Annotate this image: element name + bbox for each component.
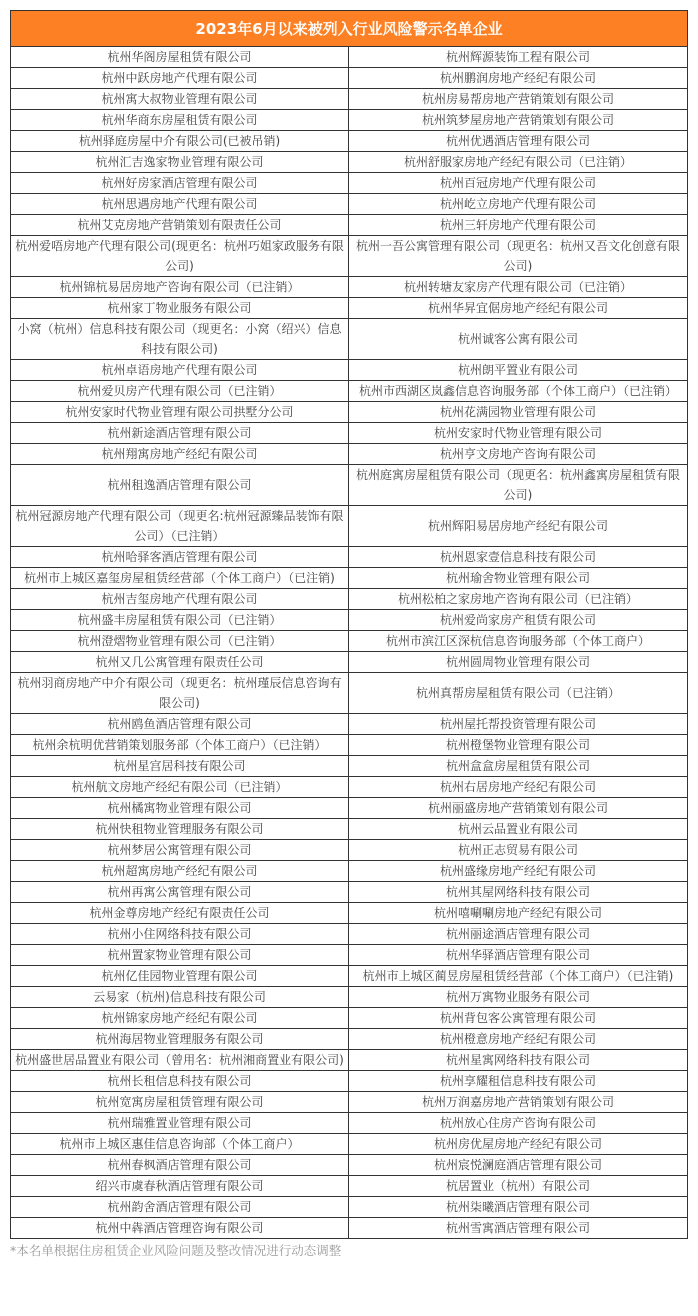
- company-right-cell: 杭州嘻唰唰房地产经纪有限公司: [349, 903, 688, 924]
- company-right-cell: 杭州宸悦澜庭酒店管理有限公司: [349, 1155, 688, 1176]
- company-right-cell: 杭州辉阳易居房地产经纪有限公司: [349, 506, 688, 547]
- table-row: 小窝（杭州）信息科技有限公司（现更名：小窝（绍兴）信息科技有限公司)杭州诚客公寓…: [11, 319, 688, 360]
- table-row: 杭州爱贝房产代理有限公司（已注销）杭州市西湖区岚鑫信息咨询服务部（个体工商户）（…: [11, 381, 688, 402]
- table-row: 杭州翔寓房地产经纪有限公司杭州亨文房地产咨询有限公司: [11, 444, 688, 465]
- table-row: 杭州寓大叔物业管理有限公司杭州房易帮房地产营销策划有限公司: [11, 89, 688, 110]
- table-row: 杭州驿庭房屋中介有限公司(已被吊销)杭州优遇酒店管理有限公司: [11, 131, 688, 152]
- company-left-cell: 杭州汇吉逸家物业管理有限公司: [11, 152, 349, 173]
- company-right-cell: 杭州辉源装饰工程有限公司: [349, 47, 688, 68]
- company-left-cell: 杭州租逸酒店管理有限公司: [11, 465, 349, 506]
- table-row: 杭州家丁物业服务有限公司杭州华昇宜倨房地产经纪有限公司: [11, 298, 688, 319]
- company-left-cell: 杭州冠源房地产代理有限公司（现更名:杭州冠源臻品装饰有限公司）（已注销）: [11, 506, 349, 547]
- company-right-cell: 杭州转塘友家房产代理有限公司（已注销）: [349, 277, 688, 298]
- company-left-cell: 杭州艾克房地产营销策划有限责任公司: [11, 215, 349, 236]
- company-right-cell: 杭州恩家壹信息科技有限公司: [349, 547, 688, 568]
- company-left-cell: 杭州宽寓房屋租赁管理有限公司: [11, 1092, 349, 1113]
- company-right-cell: 杭州筑梦屋房地产营销策划有限公司: [349, 110, 688, 131]
- table-row: 杭州汇吉逸家物业管理有限公司杭州舒服家房地产经纪有限公司（已注销）: [11, 152, 688, 173]
- table-row: 杭州盛丰房屋租赁有限公司（已注销）杭州爱尚家房产租赁有限公司: [11, 610, 688, 631]
- company-right-cell: 杭州真帮房屋租赁有限公司（已注销）: [349, 673, 688, 714]
- company-right-cell: 杭州柒曦酒店管理有限公司: [349, 1197, 688, 1218]
- company-left-cell: 杭州长租信息科技有限公司: [11, 1071, 349, 1092]
- table-row: 杭州置家物业管理有限公司杭州华驿酒店管理有限公司: [11, 945, 688, 966]
- table-row: 杭州市上城区嘉玺房屋租赁经营部（个体工商户）（已注销)杭州瑜舍物业管理有限公司: [11, 568, 688, 589]
- company-left-cell: 杭州韵舍酒店管理有限公司: [11, 1197, 349, 1218]
- company-right-cell: 杭州背包客公寓管理有限公司: [349, 1008, 688, 1029]
- company-left-cell: 杭州市上城区惠佳信息咨询部（个体工商户）: [11, 1134, 349, 1155]
- table-row: 杭州哈驿客酒店管理有限公司杭州恩家壹信息科技有限公司: [11, 547, 688, 568]
- table-row: 杭州快租物业管理服务有限公司杭州云品置业有限公司: [11, 819, 688, 840]
- company-right-cell: 杭州庭寓房屋租赁有限公司（现更名：杭州鑫寓房屋租赁有限公司): [349, 465, 688, 506]
- company-left-cell: 杭州吉玺房地产代理有限公司: [11, 589, 349, 610]
- company-right-cell: 杭州诚客公寓有限公司: [349, 319, 688, 360]
- company-left-cell: 杭州哈驿客酒店管理有限公司: [11, 547, 349, 568]
- company-left-cell: 杭州家丁物业服务有限公司: [11, 298, 349, 319]
- table-row: 杭州韵舍酒店管理有限公司杭州柒曦酒店管理有限公司: [11, 1197, 688, 1218]
- company-left-cell: 杭州海居物业管理服务有限公司: [11, 1029, 349, 1050]
- table-row: 杭州吉玺房地产代理有限公司杭州松柏之家房地产咨询有限公司（已注销）: [11, 589, 688, 610]
- table-row: 杭州小住网络科技有限公司杭州丽途酒店管理有限公司: [11, 924, 688, 945]
- table-row: 杭州冠源房地产代理有限公司（现更名:杭州冠源臻品装饰有限公司）（已注销）杭州辉阳…: [11, 506, 688, 547]
- footnote: *本名单根据住房租赁企业风险问题及整改情况进行动态调整: [10, 1242, 687, 1260]
- table-row: 杭州羽商房地产中介有限公司（现更名：杭州瑾辰信息咨询有限公司)杭州真帮房屋租赁有…: [11, 673, 688, 714]
- company-left-cell: 杭州澄熠物业管理有限公司（已注销）: [11, 631, 349, 652]
- table-header-row: 2023年6月以来被列入行业风险警示名单企业: [11, 11, 688, 47]
- company-right-cell: 杭州松柏之家房地产咨询有限公司（已注销）: [349, 589, 688, 610]
- table-row: 绍兴市虞春秋酒店管理有限公司杭居置业（杭州）有限公司: [11, 1176, 688, 1197]
- company-left-cell: 杭州羽商房地产中介有限公司（现更名：杭州瑾辰信息咨询有限公司): [11, 673, 349, 714]
- company-right-cell: 杭州丽盛房地产营销策划有限公司: [349, 798, 688, 819]
- company-left-cell: 杭州锦杭易居房地产咨询有限公司（已注销）: [11, 277, 349, 298]
- company-right-cell: 杭州万寓物业服务有限公司: [349, 987, 688, 1008]
- table-row: 杭州鸥鱼酒店管理有限公司杭州屋托帮投资管理有限公司: [11, 714, 688, 735]
- company-left-cell: 杭州锦家房地产经纪有限公司: [11, 1008, 349, 1029]
- company-left-cell: 杭州新途酒店管理有限公司: [11, 423, 349, 444]
- company-right-cell: 杭州丽途酒店管理有限公司: [349, 924, 688, 945]
- company-right-cell: 杭州瑜舍物业管理有限公司: [349, 568, 688, 589]
- table-row: 杭州华阁房屋租赁有限公司杭州辉源装饰工程有限公司: [11, 47, 688, 68]
- company-right-cell: 杭州市上城区蔺昱房屋租赁经营部（个体工商户）（已注销): [349, 966, 688, 987]
- table-row: 杭州超寓房地产经纪有限公司杭州盛缘房地产经纪有限公司: [11, 861, 688, 882]
- table-row: 杭州新途酒店管理有限公司杭州安家时代物业管理有限公司: [11, 423, 688, 444]
- company-right-cell: 杭州雪寓酒店管理有限公司: [349, 1218, 688, 1239]
- table-row: 杭州市上城区惠佳信息咨询部（个体工商户）杭州房优屋房地产经纪有限公司: [11, 1134, 688, 1155]
- company-left-cell: 杭州橘寓物业管理有限公司: [11, 798, 349, 819]
- company-right-cell: 杭州市滨江区深杭信息咨询服务部（个体工商户）: [349, 631, 688, 652]
- company-left-cell: 杭州思遇房地产代理有限公司: [11, 194, 349, 215]
- table-row: 杭州宽寓房屋租赁管理有限公司杭州万润嘉房地产营销策划有限公司: [11, 1092, 688, 1113]
- company-right-cell: 杭州华昇宜倨房地产经纪有限公司: [349, 298, 688, 319]
- table-row: 杭州锦家房地产经纪有限公司杭州背包客公寓管理有限公司: [11, 1008, 688, 1029]
- company-left-cell: 杭州市上城区嘉玺房屋租赁经营部（个体工商户）（已注销): [11, 568, 349, 589]
- company-left-cell: 杭州再寓公寓管理有限公司: [11, 882, 349, 903]
- company-right-cell: 杭州享耀租信息科技有限公司: [349, 1071, 688, 1092]
- company-right-cell: 杭州一吾公寓管理有限公司（现更名：杭州又吾文化创意有限公司): [349, 236, 688, 277]
- company-right-cell: 杭州舒服家房地产经纪有限公司（已注销）: [349, 152, 688, 173]
- table-row: 杭州亿佳园物业管理有限公司杭州市上城区蔺昱房屋租赁经营部（个体工商户）（已注销): [11, 966, 688, 987]
- table-row: 杭州长租信息科技有限公司杭州享耀租信息科技有限公司: [11, 1071, 688, 1092]
- company-left-cell: 云易家（杭州)信息科技有限公司: [11, 987, 349, 1008]
- company-right-cell: 杭州屋托帮投资管理有限公司: [349, 714, 688, 735]
- company-left-cell: 杭州航文房地产经纪有限公司（已注销）: [11, 777, 349, 798]
- table-row: 杭州海居物业管理服务有限公司杭州橙意房地产经纪有限公司: [11, 1029, 688, 1050]
- company-left-cell: 杭州金尊房地产经纪有限责任公司: [11, 903, 349, 924]
- table-row: 杭州又几公寓管理有限责任公司杭州圆周物业管理有限公司: [11, 652, 688, 673]
- table-row: 杭州好房家酒店管理有限公司杭州百冠房地产代理有限公司: [11, 173, 688, 194]
- table-row: 杭州爱唔房地产代理有限公司(现更名：杭州巧姐家政服务有限公司)杭州一吾公寓管理有…: [11, 236, 688, 277]
- company-right-cell: 杭州右居房地产经纪有限公司: [349, 777, 688, 798]
- company-left-cell: 杭州好房家酒店管理有限公司: [11, 173, 349, 194]
- company-left-cell: 杭州鸥鱼酒店管理有限公司: [11, 714, 349, 735]
- table-row: 杭州安家时代物业管理有限公司拱墅分公司杭州花满园物业管理有限公司: [11, 402, 688, 423]
- company-left-cell: 杭州星宫居科技有限公司: [11, 756, 349, 777]
- table-row: 杭州星宫居科技有限公司杭州盒盒房屋租赁有限公司: [11, 756, 688, 777]
- company-right-cell: 杭州市西湖区岚鑫信息咨询服务部（个体工商户）（已注销）: [349, 381, 688, 402]
- table-row: 杭州思遇房地产代理有限公司杭州屹立房地产代理有限公司: [11, 194, 688, 215]
- company-left-cell: 杭州翔寓房地产经纪有限公司: [11, 444, 349, 465]
- company-right-cell: 杭居置业（杭州）有限公司: [349, 1176, 688, 1197]
- company-left-cell: 杭州卓语房地产代理有限公司: [11, 360, 349, 381]
- table-row: 杭州再寓公寓管理有限公司杭州其屋网络科技有限公司: [11, 882, 688, 903]
- company-right-cell: 杭州其屋网络科技有限公司: [349, 882, 688, 903]
- company-right-cell: 杭州橙意房地产经纪有限公司: [349, 1029, 688, 1050]
- company-left-cell: 杭州超寓房地产经纪有限公司: [11, 861, 349, 882]
- company-left-cell: 杭州爱贝房产代理有限公司（已注销）: [11, 381, 349, 402]
- table-row: 杭州卓语房地产代理有限公司杭州朗平置业有限公司: [11, 360, 688, 381]
- company-right-cell: 杭州星寓网络科技有限公司: [349, 1050, 688, 1071]
- company-right-cell: 杭州百冠房地产代理有限公司: [349, 173, 688, 194]
- company-right-cell: 杭州放心住房产咨询有限公司: [349, 1113, 688, 1134]
- company-left-cell: 杭州中跃房地产代理有限公司: [11, 68, 349, 89]
- table-row: 杭州梦居公寓管理有限公司杭州正志贸易有限公司: [11, 840, 688, 861]
- table-row: 杭州中犇酒店管理咨询有限公司杭州雪寓酒店管理有限公司: [11, 1218, 688, 1239]
- company-right-cell: 杭州盛缘房地产经纪有限公司: [349, 861, 688, 882]
- company-right-cell: 杭州朗平置业有限公司: [349, 360, 688, 381]
- company-left-cell: 杭州余杭明优营销策划服务部（个体工商户）（已注销）: [11, 735, 349, 756]
- company-left-cell: 杭州盛丰房屋租赁有限公司（已注销）: [11, 610, 349, 631]
- company-left-cell: 杭州驿庭房屋中介有限公司(已被吊销): [11, 131, 349, 152]
- company-right-cell: 杭州花满园物业管理有限公司: [349, 402, 688, 423]
- company-right-cell: 杭州安家时代物业管理有限公司: [349, 423, 688, 444]
- table-row: 杭州余杭明优营销策划服务部（个体工商户）（已注销）杭州橙堡物业管理有限公司: [11, 735, 688, 756]
- table-row: 杭州华商东房屋租赁有限公司杭州筑梦屋房地产营销策划有限公司: [11, 110, 688, 131]
- company-right-cell: 杭州鹏润房地产经纪有限公司: [349, 68, 688, 89]
- table-row: 杭州春枫酒店管理有限公司杭州宸悦澜庭酒店管理有限公司: [11, 1155, 688, 1176]
- table-row: 杭州橘寓物业管理有限公司杭州丽盛房地产营销策划有限公司: [11, 798, 688, 819]
- company-right-cell: 杭州云品置业有限公司: [349, 819, 688, 840]
- table-row: 杭州航文房地产经纪有限公司（已注销）杭州右居房地产经纪有限公司: [11, 777, 688, 798]
- table-row: 杭州锦杭易居房地产咨询有限公司（已注销）杭州转塘友家房产代理有限公司（已注销）: [11, 277, 688, 298]
- company-left-cell: 杭州爱唔房地产代理有限公司(现更名：杭州巧姐家政服务有限公司): [11, 236, 349, 277]
- company-right-cell: 杭州屹立房地产代理有限公司: [349, 194, 688, 215]
- company-right-cell: 杭州优遇酒店管理有限公司: [349, 131, 688, 152]
- company-left-cell: 杭州快租物业管理服务有限公司: [11, 819, 349, 840]
- table-row: 杭州租逸酒店管理有限公司杭州庭寓房屋租赁有限公司（现更名：杭州鑫寓房屋租赁有限公…: [11, 465, 688, 506]
- company-right-cell: 杭州房优屋房地产经纪有限公司: [349, 1134, 688, 1155]
- company-right-cell: 杭州盒盒房屋租赁有限公司: [349, 756, 688, 777]
- table-body: 杭州华阁房屋租赁有限公司杭州辉源装饰工程有限公司杭州中跃房地产代理有限公司杭州鹏…: [11, 47, 688, 1239]
- table-row: 杭州澄熠物业管理有限公司（已注销）杭州市滨江区深杭信息咨询服务部（个体工商户）: [11, 631, 688, 652]
- company-right-cell: 杭州华驿酒店管理有限公司: [349, 945, 688, 966]
- table-title: 2023年6月以来被列入行业风险警示名单企业: [11, 11, 688, 47]
- company-right-cell: 杭州橙堡物业管理有限公司: [349, 735, 688, 756]
- company-left-cell: 杭州置家物业管理有限公司: [11, 945, 349, 966]
- company-left-cell: 杭州中犇酒店管理咨询有限公司: [11, 1218, 349, 1239]
- table-row: 杭州盛世居品置业有限公司（曾用名：杭州湘商置业有限公司)杭州星寓网络科技有限公司: [11, 1050, 688, 1071]
- company-left-cell: 小窝（杭州）信息科技有限公司（现更名：小窝（绍兴）信息科技有限公司): [11, 319, 349, 360]
- company-left-cell: 杭州小住网络科技有限公司: [11, 924, 349, 945]
- company-right-cell: 杭州万润嘉房地产营销策划有限公司: [349, 1092, 688, 1113]
- company-right-cell: 杭州爱尚家房产租赁有限公司: [349, 610, 688, 631]
- table-row: 杭州中跃房地产代理有限公司杭州鹏润房地产经纪有限公司: [11, 68, 688, 89]
- company-left-cell: 杭州又几公寓管理有限责任公司: [11, 652, 349, 673]
- company-left-cell: 杭州安家时代物业管理有限公司拱墅分公司: [11, 402, 349, 423]
- company-left-cell: 杭州华商东房屋租赁有限公司: [11, 110, 349, 131]
- company-right-cell: 杭州圆周物业管理有限公司: [349, 652, 688, 673]
- company-left-cell: 绍兴市虞春秋酒店管理有限公司: [11, 1176, 349, 1197]
- company-left-cell: 杭州华阁房屋租赁有限公司: [11, 47, 349, 68]
- warning-list-table: 2023年6月以来被列入行业风险警示名单企业 杭州华阁房屋租赁有限公司杭州辉源装…: [10, 10, 688, 1239]
- company-right-cell: 杭州亨文房地产咨询有限公司: [349, 444, 688, 465]
- company-right-cell: 杭州正志贸易有限公司: [349, 840, 688, 861]
- company-left-cell: 杭州春枫酒店管理有限公司: [11, 1155, 349, 1176]
- company-left-cell: 杭州梦居公寓管理有限公司: [11, 840, 349, 861]
- table-row: 杭州瑞雅置业管理有限公司杭州放心住房产咨询有限公司: [11, 1113, 688, 1134]
- warning-list-container: 2023年6月以来被列入行业风险警示名单企业 杭州华阁房屋租赁有限公司杭州辉源装…: [10, 10, 687, 1260]
- company-right-cell: 杭州房易帮房地产营销策划有限公司: [349, 89, 688, 110]
- company-right-cell: 杭州三轩房地产代理有限公司: [349, 215, 688, 236]
- company-left-cell: 杭州亿佳园物业管理有限公司: [11, 966, 349, 987]
- company-left-cell: 杭州盛世居品置业有限公司（曾用名：杭州湘商置业有限公司): [11, 1050, 349, 1071]
- table-row: 杭州艾克房地产营销策划有限责任公司杭州三轩房地产代理有限公司: [11, 215, 688, 236]
- company-left-cell: 杭州寓大叔物业管理有限公司: [11, 89, 349, 110]
- company-left-cell: 杭州瑞雅置业管理有限公司: [11, 1113, 349, 1134]
- table-row: 云易家（杭州)信息科技有限公司杭州万寓物业服务有限公司: [11, 987, 688, 1008]
- table-row: 杭州金尊房地产经纪有限责任公司杭州嘻唰唰房地产经纪有限公司: [11, 903, 688, 924]
